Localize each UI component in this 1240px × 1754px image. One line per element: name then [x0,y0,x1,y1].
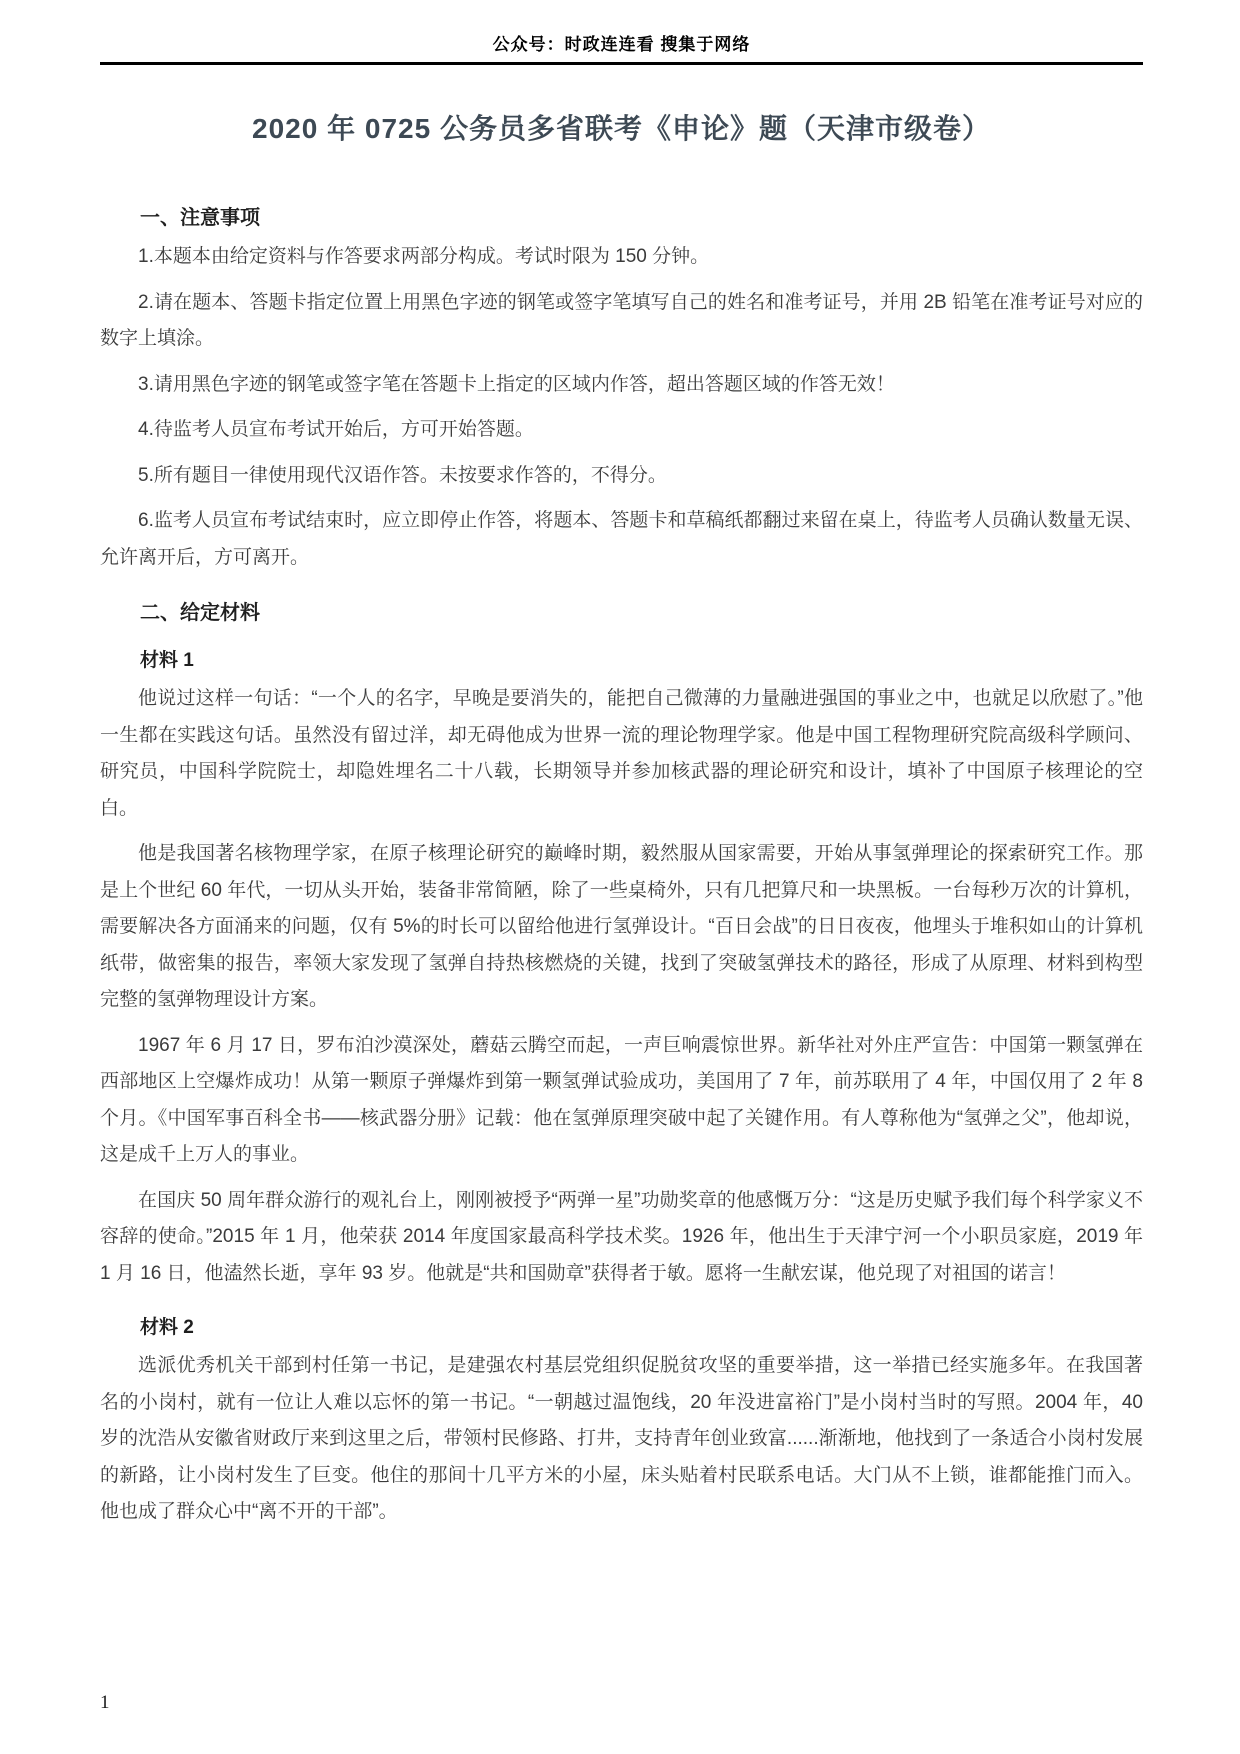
document-content: 公众号：时政连连看 搜集于网络 2020 年 0725 公务员多省联考《申论》题… [0,0,1240,1531]
notice-item-6: 6.监考人员宣布考试结束时，应立即停止作答，将题本、答题卡和草稿纸都翻过来留在桌… [100,503,1143,576]
document-page: 公众号：时政连连看 搜集于网络 2020 年 0725 公务员多省联考《申论》题… [0,0,1240,1754]
section-heading-notice: 一、注意事项 [100,201,1143,230]
material1-paragraph-2: 他是我国著名核物理学家，在原子核理论研究的巅峰时期，毅然服从国家需要，开始从事氢… [100,836,1143,1019]
section-heading-materials: 二、给定材料 [100,596,1143,625]
watermark-text: 公众号：时政连连看 搜集于网络 [493,35,751,54]
material2-paragraph-1: 选派优秀机关干部到村任第一书记，是建强农村基层党组织促脱贫攻坚的重要举措，这一举… [100,1348,1143,1531]
material1-paragraph-1: 他说过这样一句话：“一个人的名字，早晚是要消失的，能把自己微薄的力量融进强国的事… [100,681,1143,827]
notice-item-5: 5.所有题目一律使用现代汉语作答。未按要求作答的，不得分。 [100,458,1143,495]
watermark-header: 公众号：时政连连看 搜集于网络 [100,30,1143,65]
notice-item-4: 4.待监考人员宣布考试开始后，方可开始答题。 [100,412,1143,449]
notice-item-3: 3.请用黑色字迹的钢笔或签字笔在答题卡上指定的区域内作答，超出答题区域的作答无效… [100,367,1143,404]
notice-item-1: 1.本题本由给定资料与作答要求两部分构成。考试时限为 150 分钟。 [100,239,1143,276]
material1-heading: 材料 1 [100,645,1143,672]
material1-paragraph-4: 在国庆 50 周年群众游行的观礼台上，刚刚被授予“两弹一星”功勋奖章的他感慨万分… [100,1183,1143,1293]
notice-item-2: 2.请在题本、答题卡指定位置上用黑色字迹的钢笔或签字笔填写自己的姓名和准考证号，… [100,285,1143,358]
material2-heading: 材料 2 [100,1312,1143,1339]
page-number: 1 [100,1692,110,1714]
page-title: 2020 年 0725 公务员多省联考《申论》题（天津市级卷） [100,107,1143,147]
material1-paragraph-3: 1967 年 6 月 17 日，罗布泊沙漠深处，蘑菇云腾空而起，一声巨响震惊世界… [100,1028,1143,1174]
